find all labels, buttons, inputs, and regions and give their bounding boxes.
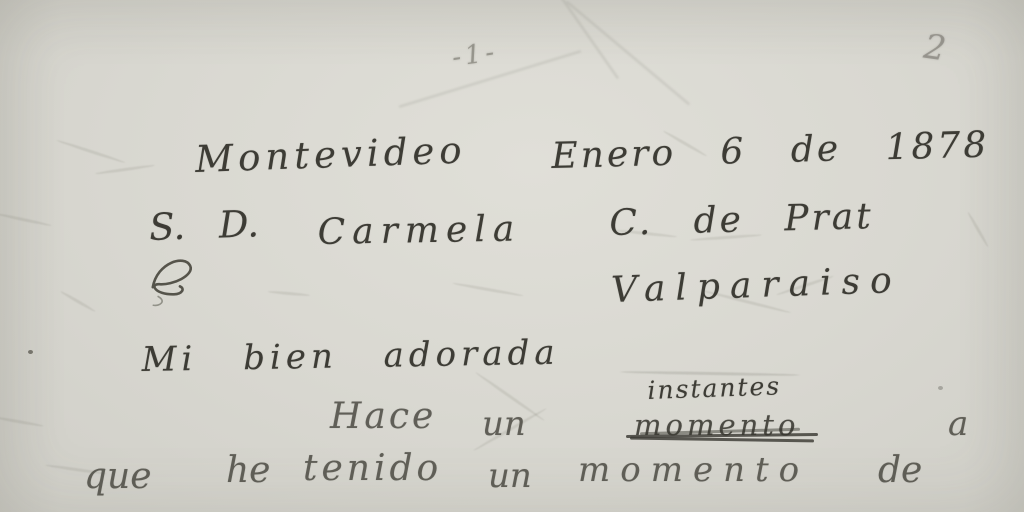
- ink-bleedthrough-mark: [452, 282, 523, 297]
- handwriting-date: Enero 6 de 1878: [551, 125, 990, 177]
- handwriting-place: Valparaiso: [611, 260, 903, 311]
- paper-crease: [566, 1, 690, 105]
- handwriting-honorific: S. D.: [148, 202, 259, 249]
- handwriting-word: un: [482, 404, 526, 444]
- handwriting-word: tenido: [303, 448, 442, 489]
- ink-bleedthrough-mark: [967, 211, 990, 247]
- ink-spot: [938, 386, 943, 390]
- paper-crease: [531, 0, 619, 79]
- handwriting-inserted-word: instantes: [647, 371, 782, 405]
- handwriting-word: Hace: [330, 396, 436, 437]
- ink-bleedthrough-mark: [268, 290, 310, 297]
- handwriting-word: que: [84, 456, 152, 497]
- letter-page: -1- 2 Montevideo Enero 6 de 1878 S. D. C…: [0, 0, 1024, 512]
- handwriting-word: un: [488, 456, 532, 496]
- handwriting-recipient-surname: C. de Prat: [609, 196, 874, 244]
- ink-scribble-mark: [143, 250, 208, 310]
- ink-bleedthrough-mark: [95, 164, 155, 175]
- ink-spot: [28, 350, 33, 354]
- handwriting-word: he: [226, 450, 271, 491]
- ink-bleedthrough-mark: [60, 290, 96, 313]
- handwriting-word: a: [948, 404, 968, 444]
- handwriting-city: Montevideo: [194, 129, 467, 181]
- handwriting-salutation: Mi bien adorada: [141, 333, 560, 380]
- ink-bleedthrough-mark: [56, 139, 125, 164]
- handwriting-word: momento: [578, 450, 809, 490]
- handwriting-word: de: [878, 450, 922, 491]
- page-number-corner: 2: [921, 27, 948, 70]
- handwriting-recipient-name: Carmela: [317, 208, 521, 253]
- ink-bleedthrough-mark: [0, 416, 44, 428]
- page-number-center: -1-: [450, 37, 500, 73]
- ink-bleedthrough-mark: [0, 212, 52, 227]
